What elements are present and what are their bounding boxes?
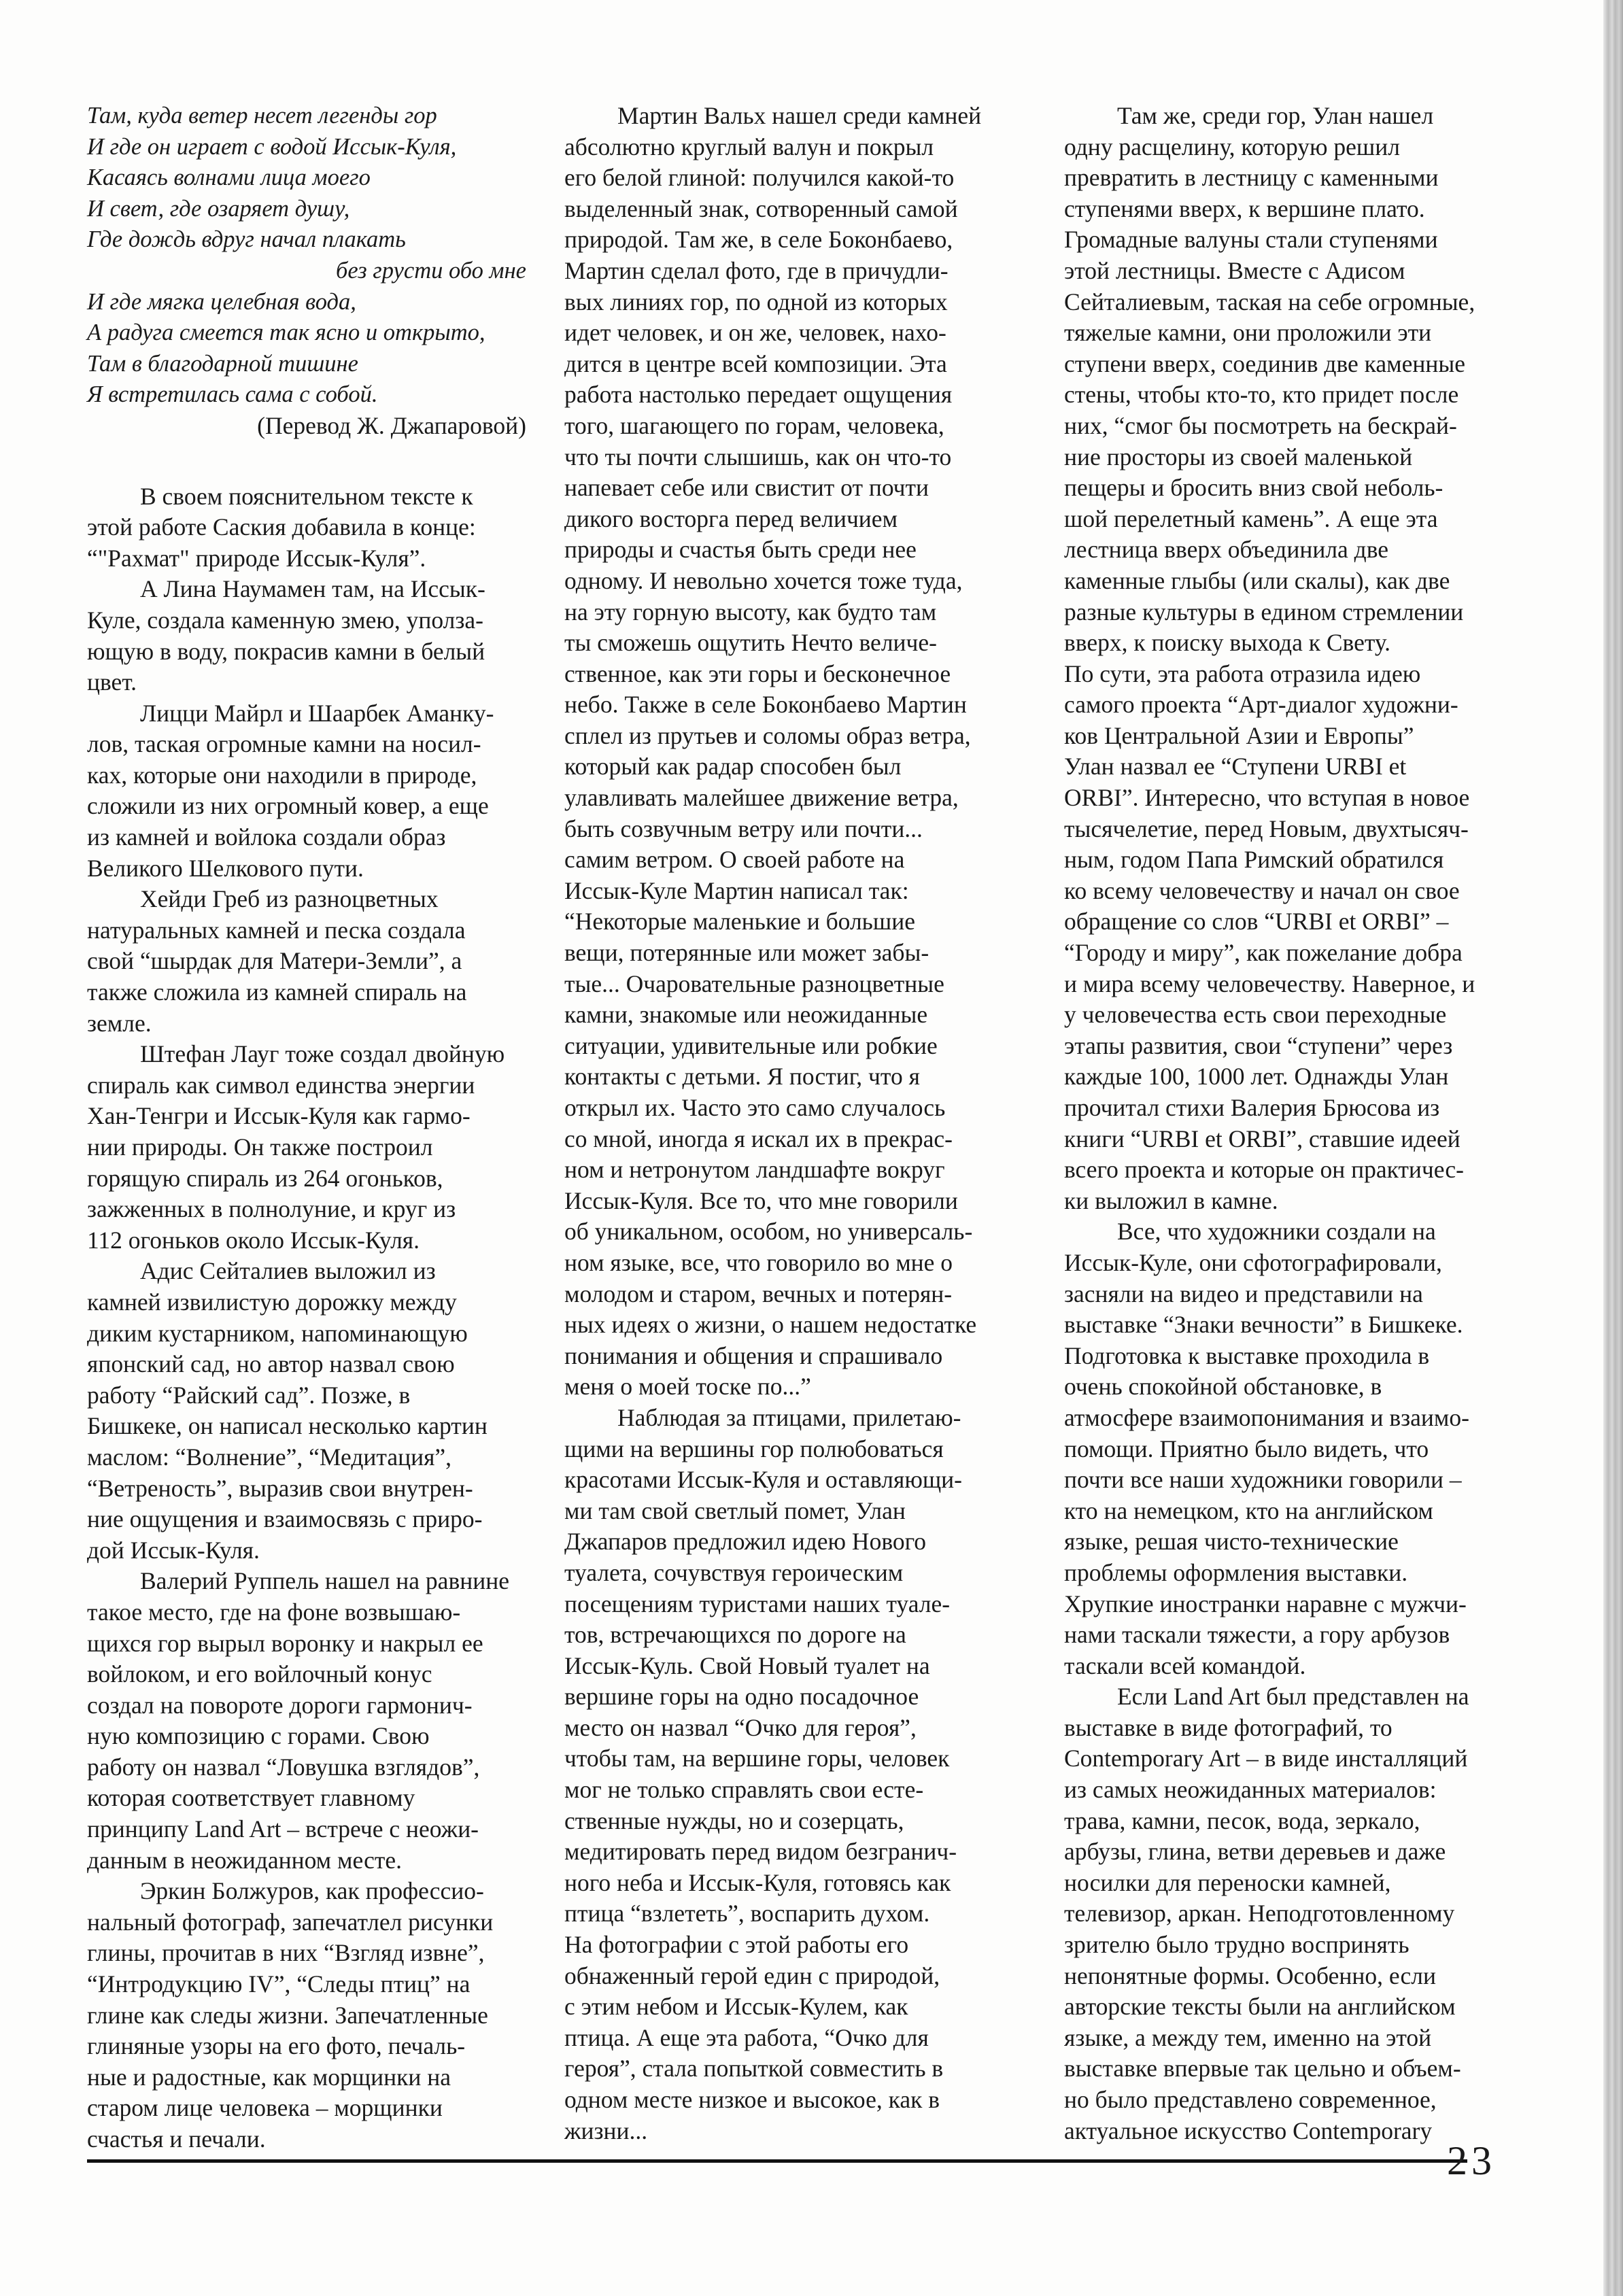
text-line: работа настолько передает ощущения: [564, 379, 1013, 411]
text-line: птица. А еще эта работа, “Очко для: [564, 2023, 1013, 2054]
text-line: но было представлено современное,: [1064, 2085, 1513, 2116]
text-line: “Городу и миру”, как пожелание добра: [1064, 938, 1513, 969]
column-middle: Мартин Вальх нашел среди камнейабсолютно…: [564, 101, 1013, 2146]
paragraph-first-line: Если Land Art был представлен на: [1064, 1681, 1513, 1713]
text-line: ми там свой светлый помет, Улан: [564, 1496, 1013, 1527]
text-line: ном языке, все, что говорило во мне о: [564, 1248, 1013, 1279]
poem-line: Касаясь волнами лица моего: [87, 162, 529, 194]
paragraph-first-line: Мартин Вальх нашел среди камней: [564, 101, 1013, 132]
text-line: молодом и старом, вечных и потерян-: [564, 1279, 1013, 1310]
text-line: глиняные узоры на его фото, печаль-: [87, 2031, 529, 2062]
text-line: выставке “Знаки вечности” в Бишкеке.: [1064, 1309, 1513, 1341]
text-line: место он назвал “Очко для героя”,: [564, 1713, 1013, 1744]
text-line: языке, решая чисто-технические: [1064, 1526, 1513, 1558]
text-line: каменные глыбы (или скалы), как две: [1064, 566, 1513, 597]
paragraph-first-line: Эркин Болжуров, как профессио-: [87, 1876, 529, 1907]
text-line: книги “URBI et ORBI”, ставшие идеей: [1064, 1124, 1513, 1155]
text-line: выделенный знак, сотворенный самой: [564, 194, 1013, 225]
text-line: “Некоторые маленькие и большие: [564, 906, 1013, 938]
text-line: меня о моей тоске по...”: [564, 1371, 1013, 1403]
text-line: щими на вершины гор полюбоваться: [564, 1434, 1013, 1465]
text-line: ки выложил в камне.: [1064, 1186, 1513, 1217]
text-line: ние ощущения и взаимосвязь с приро-: [87, 1504, 529, 1535]
poem-line: Я встретилась сама с собой.: [87, 379, 529, 411]
text-line: открыл их. Часто это само случалось: [564, 1093, 1013, 1124]
text-line: авторские тексты были на английском: [1064, 1991, 1513, 2023]
text-line: ты сможешь ощутить Нечто величе-: [564, 628, 1013, 659]
poem-line: А радуга смеется так ясно и открыто,: [87, 318, 529, 349]
text-line: На фотографии с этой работы его: [564, 1930, 1013, 1961]
text-line: этой работе Саския добавила в конце:: [87, 512, 529, 543]
text-line: сложили из них огромный ковер, а еще: [87, 791, 529, 822]
text-line: Хрупкие иностранки наравне с мужчи-: [1064, 1589, 1513, 1620]
text-line: зрителю было трудно воспринять: [1064, 1930, 1513, 1961]
text-line: Иссык-Куле Мартин написал так:: [564, 876, 1013, 907]
text-line: птица “взлететь”, воспарить духом.: [564, 1898, 1013, 1930]
text-line: ные и радостные, как морщинки на: [87, 2062, 529, 2093]
text-line: природы и счастья быть среди нее: [564, 534, 1013, 566]
paragraph-first-line: Наблюдая за птицами, прилетаю-: [564, 1403, 1013, 1434]
text-line: ORBI”. Интересно, что вступая в новое: [1064, 783, 1513, 814]
text-line: зажженных в полнолуние, и круг из: [87, 1194, 529, 1225]
text-line: Джапаров предложил идею Нового: [564, 1526, 1013, 1558]
paragraph-first-line: А Лина Наумамен там, на Иссык-: [87, 574, 529, 605]
text-line: Сейталиевым, таская на себе огромные,: [1064, 287, 1513, 318]
paragraph-first-line: Штефан Лауг тоже создал двойную: [87, 1039, 529, 1070]
text-line: лестница вверх объединила две: [1064, 534, 1513, 566]
text-line: нии природы. Он также построил: [87, 1132, 529, 1163]
text-line: и мира всему человечеству. Наверное, и: [1064, 969, 1513, 1000]
text-line: со мной, иногда я искал их в прекрас-: [564, 1124, 1013, 1155]
poem-line: Там, куда ветер несет легенды гор: [87, 101, 529, 132]
paragraph-first-line: Адис Сейталиев выложил из: [87, 1256, 529, 1287]
text-line: Улан назвал ее “Ступени URBI et: [1064, 751, 1513, 783]
text-line: вых линиях гор, по одной из которых: [564, 287, 1013, 318]
text-line: дится в центре всей композиции. Эта: [564, 349, 1013, 380]
text-line: такое место, где на фоне возвышаю-: [87, 1597, 529, 1628]
text-line: атмосфере взаимопонимания и взаимо-: [1064, 1403, 1513, 1434]
text-line: натуральных камней и песка создала: [87, 915, 529, 946]
text-line: Иссык-Куле, они сфотографировали,: [1064, 1248, 1513, 1279]
text-line: лов, таская огромные камни на носил-: [87, 729, 529, 760]
article-text-right: Там же, среди гор, Улан нашелодну расщел…: [1064, 101, 1513, 2146]
text-line: непонятные формы. Особенно, если: [1064, 1961, 1513, 1992]
text-line: нами таскали тяжести, а гору арбузов: [1064, 1620, 1513, 1651]
text-line: напевает себе или свистит от почти: [564, 473, 1013, 504]
paragraph-first-line: Там же, среди гор, Улан нашел: [1064, 101, 1513, 132]
text-line: ние просторы из своей маленькой: [1064, 442, 1513, 473]
text-line: маслом: “Волнение”, “Медитация”,: [87, 1442, 529, 1473]
text-line: камни, знакомые или неожиданные: [564, 999, 1013, 1031]
text-line: выставке в виде фотографий, то: [1064, 1713, 1513, 1744]
text-line: дикого восторга перед величием: [564, 504, 1013, 535]
text-line: идет человек, и он же, человек, нахо-: [564, 318, 1013, 349]
text-line: дой Иссык-Куля.: [87, 1535, 529, 1566]
poem-attribution: (Перевод Ж. Джапаровой): [87, 411, 526, 442]
text-line: того, шагающего по горам, человека,: [564, 411, 1013, 442]
text-line: мог не только справлять свои есте-: [564, 1775, 1013, 1806]
text-line: самим ветром. О своей работе на: [564, 844, 1013, 876]
page-number: 23: [1447, 2140, 1496, 2181]
poem-line: И свет, где озаряет душу,: [87, 194, 529, 225]
text-line: выставке впервые так цельно и объем-: [1064, 2053, 1513, 2085]
text-line: счастья и печали.: [87, 2124, 529, 2155]
text-line: работу “Райский сад”. Позже, в: [87, 1380, 529, 1411]
text-line: По сути, эта работа отразила идею: [1064, 659, 1513, 690]
text-line: на эту горную высоту, как будто там: [564, 597, 1013, 628]
text-line: ных идеях о жизни, о нашем недостатке: [564, 1309, 1013, 1341]
text-line: улавливать малейшее движение ветра,: [564, 783, 1013, 814]
text-line: его белой глиной: получился какой-то: [564, 162, 1013, 194]
poem-line: Там в благодарной тишине: [87, 349, 529, 380]
text-line: этой лестницы. Вместе с Адисом: [1064, 256, 1513, 287]
paragraph-first-line: Лицци Майрл и Шаарбек Аманку-: [87, 698, 529, 730]
text-line: них, “смог бы посмотреть на бескрай-: [1064, 411, 1513, 442]
text-line: арбузы, глина, ветви деревьев и даже: [1064, 1836, 1513, 1868]
text-line: носилки для переноски камней,: [1064, 1868, 1513, 1899]
footer-rule: [87, 2159, 1467, 2163]
text-line: превратить в лестницу с каменными: [1064, 162, 1513, 194]
text-line: помощи. Приятно было видеть, что: [1064, 1434, 1513, 1465]
text-line: из камней и войлока создали образ: [87, 822, 529, 853]
text-line: “Интродукцию IV”, “Следы птиц” на: [87, 1969, 529, 2000]
text-line: глины, прочитав в них “Взгляд извне”,: [87, 1938, 529, 1969]
text-line: всего проекта и которые он практичес-: [1064, 1154, 1513, 1186]
text-line: глине как следы жизни. Запечатленные: [87, 2000, 529, 2032]
text-line: Мартин сделал фото, где в причудли-: [564, 256, 1013, 287]
text-line: ступенями вверх, к вершине плато.: [1064, 194, 1513, 225]
text-line: диким кустарником, напоминающую: [87, 1318, 529, 1350]
text-line: прочитал стихи Валерия Брюсова из: [1064, 1093, 1513, 1124]
text-line: понимания и общения и спрашивало: [564, 1341, 1013, 1372]
text-line: 112 огоньков около Иссык-Куля.: [87, 1225, 529, 1256]
page-edge-shadow: [1603, 0, 1623, 2296]
text-line: сплел из прутьев и соломы образ ветра,: [564, 721, 1013, 752]
text-line: проблемы оформления выставки.: [1064, 1558, 1513, 1589]
text-line: Иссык-Куля. Все то, что мне говорили: [564, 1186, 1013, 1217]
text-line: нальный фотограф, запечатлел рисунки: [87, 1907, 529, 1938]
text-line: трава, камни, песок, вода, зеркало,: [1064, 1806, 1513, 1837]
text-line: ственные нужды, но и созерцать,: [564, 1806, 1013, 1837]
text-line: у человечества есть свои переходные: [1064, 999, 1513, 1031]
text-line: посещениям туристами наших туале-: [564, 1589, 1013, 1620]
paragraph-first-line: В своем пояснительном тексте к: [87, 481, 529, 513]
text-line: ном и нетронутом ландшафте вокруг: [564, 1154, 1013, 1186]
text-line: спираль как символ единства энергии: [87, 1070, 529, 1101]
text-line: контакты с детьми. Я постиг, что я: [564, 1061, 1013, 1093]
text-line: работу он назвал “Ловушка взглядов”,: [87, 1752, 529, 1783]
text-line: телевизор, аркан. Неподготовленному: [1064, 1898, 1513, 1930]
text-line: быть созвучным ветру или почти...: [564, 814, 1013, 845]
text-line: стены, чтобы кто-то, кто придет после: [1064, 379, 1513, 411]
text-line: Хан-Тенгри и Иссык-Куля как гармо-: [87, 1101, 529, 1132]
text-line: жизни...: [564, 2116, 1013, 2147]
text-line: обращение со слов “URBI et ORBI” –: [1064, 906, 1513, 938]
text-line: камней извилистую дорожку между: [87, 1287, 529, 1318]
text-line: актуальное искусство Contemporary: [1064, 2116, 1513, 2147]
text-line: которая соответствует главному: [87, 1783, 529, 1814]
text-line: тые... Очаровательные разноцветные: [564, 969, 1013, 1000]
text-line: “Ветреность”, выразив свои внутрен-: [87, 1473, 529, 1505]
text-line: также сложила из камней спираль на: [87, 977, 529, 1008]
poem-line: без грусти обо мне: [87, 256, 526, 287]
text-line: Великого Шелкового пути.: [87, 853, 529, 885]
text-line: с этим небом и Иссык-Кулем, как: [564, 1991, 1013, 2023]
text-line: Громадные валуны стали ступенями: [1064, 224, 1513, 256]
text-line: ного неба и Иссык-Куля, готовясь как: [564, 1868, 1013, 1899]
text-line: красотами Иссык-Куля и оставляющи-: [564, 1464, 1013, 1496]
text-line: ственное, как эти горы и бесконечное: [564, 659, 1013, 690]
text-line: свой “шырдак для Матери-Земли”, а: [87, 946, 529, 977]
paragraph-first-line: Хейди Греб из разноцветных: [87, 884, 529, 915]
text-line: земле.: [87, 1008, 529, 1040]
article-text-middle: Мартин Вальх нашел среди камнейабсолютно…: [564, 101, 1013, 2146]
text-line: старом лице человека – морщинки: [87, 2093, 529, 2124]
text-line: щихся гор вырыл воронку и накрыл ее: [87, 1628, 529, 1660]
text-line: одному. И невольно хочется тоже туда,: [564, 566, 1013, 597]
article-text-left: В своем пояснительном тексте кэтой работ…: [87, 481, 529, 2155]
text-line: ступени вверх, соединив две каменные: [1064, 349, 1513, 380]
text-line: тов, встречающихся по дороге на: [564, 1620, 1013, 1651]
text-line: японский сад, но автор назвал свою: [87, 1349, 529, 1380]
text-line: кто на немецком, кто на английском: [1064, 1496, 1513, 1527]
text-line: туалета, сочувствуя героическим: [564, 1558, 1013, 1589]
text-line: тысячелетие, перед Новым, двухтысяч-: [1064, 814, 1513, 845]
text-line: пещеры и бросить вниз свой неболь-: [1064, 473, 1513, 504]
text-line: ную композицию с горами. Свою: [87, 1721, 529, 1752]
column-left: Там, куда ветер несет легенды гор И где …: [87, 101, 529, 2155]
text-line: обнаженный герой един с природой,: [564, 1961, 1013, 1992]
text-line: цвет.: [87, 667, 529, 698]
text-line: данным в неожиданном месте.: [87, 1845, 529, 1877]
text-line: “"Рахмат" природе Иссык-Куля”.: [87, 543, 529, 575]
text-line: Подготовка к выставке проходила в: [1064, 1341, 1513, 1372]
text-line: ющую в воду, покрасив камни в белый: [87, 636, 529, 668]
poem-line: И где он играет с водой Иссык-Куля,: [87, 132, 529, 163]
text-line: ситуации, удивительные или робкие: [564, 1031, 1013, 1062]
text-line: очень спокойной обстановке, в: [1064, 1371, 1513, 1403]
text-line: чтобы там, на вершине горы, человек: [564, 1743, 1013, 1775]
text-line: засняли на видео и представили на: [1064, 1279, 1513, 1310]
paragraph-first-line: Валерий Руппель нашел на равнине: [87, 1566, 529, 1597]
text-line: разные культуры в едином стремлении: [1064, 597, 1513, 628]
text-line: Contemporary Art – в виде инсталляций: [1064, 1743, 1513, 1775]
text-line: одном месте низкое и высокое, как в: [564, 2085, 1013, 2116]
text-line: вверх, к поиску выхода к Свету.: [1064, 628, 1513, 659]
text-line: каждые 100, 1000 лет. Однажды Улан: [1064, 1061, 1513, 1093]
text-line: медитировать перед видом безгранич-: [564, 1836, 1013, 1868]
text-line: горящую спираль из 264 огоньков,: [87, 1163, 529, 1195]
text-line: языке, а между тем, именно на этой: [1064, 2023, 1513, 2054]
text-line: войлоком, и его войлочный конус: [87, 1659, 529, 1690]
text-line: природой. Там же, в селе Боконбаево,: [564, 224, 1013, 256]
text-line: принципу Land Art – встрече с неожи-: [87, 1814, 529, 1845]
text-line: таскали всей командой.: [1064, 1651, 1513, 1682]
poem-line: И где мягка целебная вода,: [87, 287, 529, 318]
text-line: ко всему человечеству и начал он свое: [1064, 876, 1513, 907]
text-line: что ты почти слышишь, как он что-то: [564, 442, 1013, 473]
text-line: вершине горы на одно посадочное: [564, 1681, 1013, 1713]
text-line: абсолютно круглый валун и покрыл: [564, 132, 1013, 163]
text-line: ках, которые они находили в природе,: [87, 760, 529, 791]
poem-line: Где дождь вдруг начал плакать: [87, 224, 529, 256]
text-line: Куле, создала каменную змею, уполза-: [87, 605, 529, 636]
text-line: одну расщелину, которую решил: [1064, 132, 1513, 163]
text-line: этапы развития, свои “ступени” через: [1064, 1031, 1513, 1062]
text-line: шой перелетный камень”. А еще эта: [1064, 504, 1513, 535]
text-line: героя”, стала попыткой совместить в: [564, 2053, 1013, 2085]
paragraph-first-line: Все, что художники создали на: [1064, 1216, 1513, 1248]
text-line: создал на повороте дороги гармонич-: [87, 1690, 529, 1721]
column-right: Там же, среди гор, Улан нашелодну расщел…: [1064, 101, 1513, 2146]
spacer: [87, 442, 529, 481]
text-line: из самых неожиданных материалов:: [1064, 1775, 1513, 1806]
text-line: ков Центральной Азии и Европы”: [1064, 721, 1513, 752]
text-line: об уникальном, особом, но универсаль-: [564, 1216, 1013, 1248]
text-line: вещи, потерянные или может забы-: [564, 938, 1013, 969]
text-line: который как радар способен был: [564, 751, 1013, 783]
text-line: почти все наши художники говорили –: [1064, 1464, 1513, 1496]
text-line: небо. Также в селе Боконбаево Мартин: [564, 689, 1013, 721]
text-line: самого проекта “Арт-диалог художни-: [1064, 689, 1513, 721]
poem: Там, куда ветер несет легенды гор И где …: [87, 101, 529, 442]
text-line: Иссык-Куль. Свой Новый туалет на: [564, 1651, 1013, 1682]
text-line: ным, годом Папа Римский обратился: [1064, 844, 1513, 876]
text-line: тяжелые камни, они проложили эти: [1064, 318, 1513, 349]
text-line: Бишкеке, он написал несколько картин: [87, 1411, 529, 1442]
